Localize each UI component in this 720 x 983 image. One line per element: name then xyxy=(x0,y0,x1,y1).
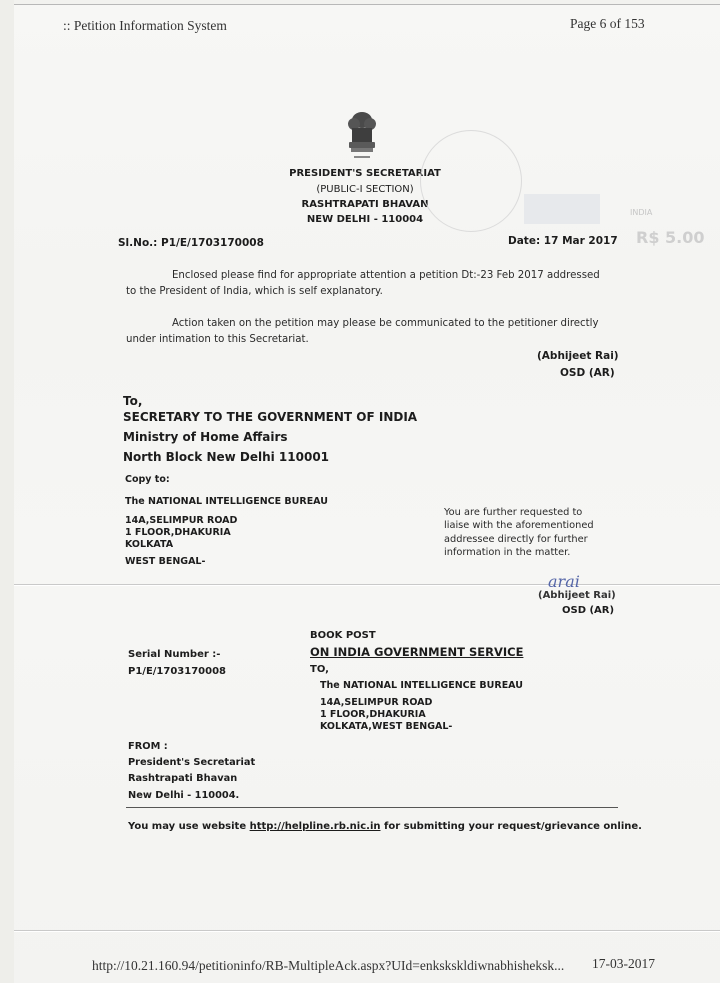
paper-fold xyxy=(14,584,720,585)
postage-amount: R$ 5.00 xyxy=(636,228,705,247)
copy-to-line: WEST BENGAL- xyxy=(125,556,205,567)
envelope-serial-label: Serial Number :- xyxy=(128,649,220,660)
letter-date: Date: 17 Mar 2017 xyxy=(508,235,618,247)
website-note: You may use website http://helpline.rb.n… xyxy=(128,821,642,832)
copy-to-line: 14A,SELIMPUR ROAD xyxy=(125,515,237,526)
signatory-designation: OSD (AR) xyxy=(560,367,615,379)
postage-meter-label: INDIA xyxy=(630,208,652,217)
body-paragraph-2-cont: under intimation to this Secretariat. xyxy=(126,334,309,345)
from-label: FROM : xyxy=(128,741,168,752)
copy-to-label: Copy to: xyxy=(125,474,170,485)
print-header-title: :: Petition Information System xyxy=(63,18,227,34)
copy-to-line: KOLKATA xyxy=(125,539,173,550)
paper-fold xyxy=(14,930,720,931)
body-paragraph-2: Action taken on the petition may please … xyxy=(172,318,599,329)
serial-number: Sl.No.: P1/E/1703170008 xyxy=(118,237,264,249)
print-header-page: Page 6 of 153 xyxy=(570,16,645,32)
from-line: New Delhi - 110004. xyxy=(128,790,239,801)
from-line: Rashtrapati Bhavan xyxy=(128,773,237,784)
envelope-address-line: 14A,SELIMPUR ROAD xyxy=(320,697,432,708)
print-footer-date: 17-03-2017 xyxy=(592,956,655,972)
addressee-line-2: Ministry of Home Affairs xyxy=(123,430,288,444)
website-note-suffix: for submitting your request/grievance on… xyxy=(381,821,642,832)
handwritten-signature: arai xyxy=(548,572,580,591)
copy-to-line: 1 FLOOR,DHAKURIA xyxy=(125,527,231,538)
envelope-serial-value: P1/E/1703170008 xyxy=(128,666,226,677)
envelope-to-label: TO, xyxy=(310,664,329,675)
print-footer-url: http://10.21.160.94/petitioninfo/RB-Mult… xyxy=(92,958,564,974)
book-post-label: BOOK POST xyxy=(310,630,376,641)
further-note-line: information in the matter. xyxy=(444,547,570,558)
postage-meter-barcode xyxy=(524,194,600,224)
body-paragraph-1: Enclosed please find for appropriate att… xyxy=(172,270,600,281)
further-note-line: addressee directly for further xyxy=(444,534,588,545)
to-label: To, xyxy=(123,394,142,408)
envelope-address-line: 1 FLOOR,DHAKURIA xyxy=(320,709,426,720)
scan-margin xyxy=(0,0,14,983)
addressee-line-1: SECRETARY TO THE GOVERNMENT OF INDIA xyxy=(123,410,417,424)
further-note-line: You are further requested to xyxy=(444,507,582,518)
copy-to-line: The NATIONAL INTELLIGENCE BUREAU xyxy=(125,496,328,507)
national-emblem-icon xyxy=(345,110,379,162)
helpline-link[interactable]: http://helpline.rb.nic.in xyxy=(250,821,381,832)
postmark-stamp xyxy=(420,130,522,232)
signatory-2-designation: OSD (AR) xyxy=(562,605,614,616)
divider xyxy=(126,807,618,808)
signatory-name: (Abhijeet Rai) xyxy=(537,350,619,362)
further-note-line: liaise with the aforementioned xyxy=(444,520,594,531)
government-service-label: ON INDIA GOVERNMENT SERVICE xyxy=(310,645,523,659)
envelope-address-line: The NATIONAL INTELLIGENCE BUREAU xyxy=(320,680,523,691)
website-note-prefix: You may use website xyxy=(128,821,250,832)
body-paragraph-1-cont: to the President of India, which is self… xyxy=(126,286,383,297)
from-line: President's Secretariat xyxy=(128,757,255,768)
org-city: NEW DELHI - 110004 xyxy=(280,214,450,225)
addressee-line-3: North Block New Delhi 110001 xyxy=(123,450,329,464)
envelope-address-line: KOLKATA,WEST BENGAL- xyxy=(320,721,452,732)
signatory-2-name: (Abhijeet Rai) xyxy=(538,590,616,601)
